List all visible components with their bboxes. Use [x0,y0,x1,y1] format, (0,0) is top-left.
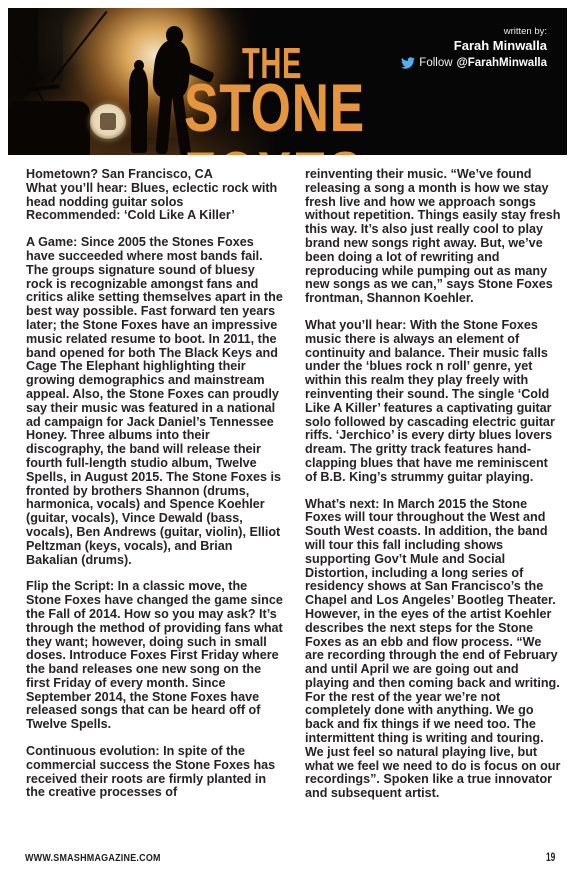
band-facts-block: Hometown? San Francisco, CA What you’ll … [26,168,284,223]
author-name: Farah Minwalla [401,38,547,53]
follow-label: Follow [419,57,452,69]
magazine-website: WWW.SMASHMAGAZINE.COM [25,852,161,864]
header-banner: THE STONE FOXES written by: Farah Minwal… [8,8,567,155]
singer-silhouette [129,68,148,116]
right-column: reinventing their music. “We’ve found re… [305,168,563,814]
written-by-label: written by: [401,26,547,37]
kick-drum-logo [100,113,116,130]
paragraph-reinventing: reinventing their music. “We’ve found re… [305,168,563,306]
paragraph-what-youll-hear: What you’ll hear: With the Stone Foxes m… [305,319,563,485]
magazine-page: THE STONE FOXES written by: Farah Minwal… [0,0,575,889]
kick-drum [90,104,126,140]
article-body: Hometown? San Francisco, CA What you’ll … [26,168,563,814]
paragraph-whats-next: What’s next: In March 2015 the Stone Fox… [305,498,563,802]
twitter-bird-icon [401,56,415,70]
paragraph-a-game: A Game: Since 2005 the Stones Foxes have… [26,236,284,567]
byline: written by: Farah Minwalla Follow @Farah… [401,26,547,70]
twitter-handle: @FarahMinwalla [457,57,547,69]
article-title-line2: STONE FOXES [184,74,475,155]
left-column: Hometown? San Francisco, CA What you’ll … [26,168,284,814]
hometown-line: Hometown? San Francisco, CA [26,168,284,182]
drum-kit-silhouette [8,101,90,155]
recommended-line: Recommended: ‘Cold Like A Killer’ [26,209,284,223]
paragraph-continuous-evolution: Continuous evolution: In spite of the co… [26,745,284,800]
page-number: 19 [546,850,555,864]
paragraph-flip-the-script: Flip the Script: In a classic move, the … [26,580,284,732]
what-youll-hear-line: What you’ll hear: Blues, eclectic rock w… [26,182,284,210]
twitter-follow-link[interactable]: Follow @FarahMinwalla [401,56,547,70]
singer-silhouette [131,111,147,153]
